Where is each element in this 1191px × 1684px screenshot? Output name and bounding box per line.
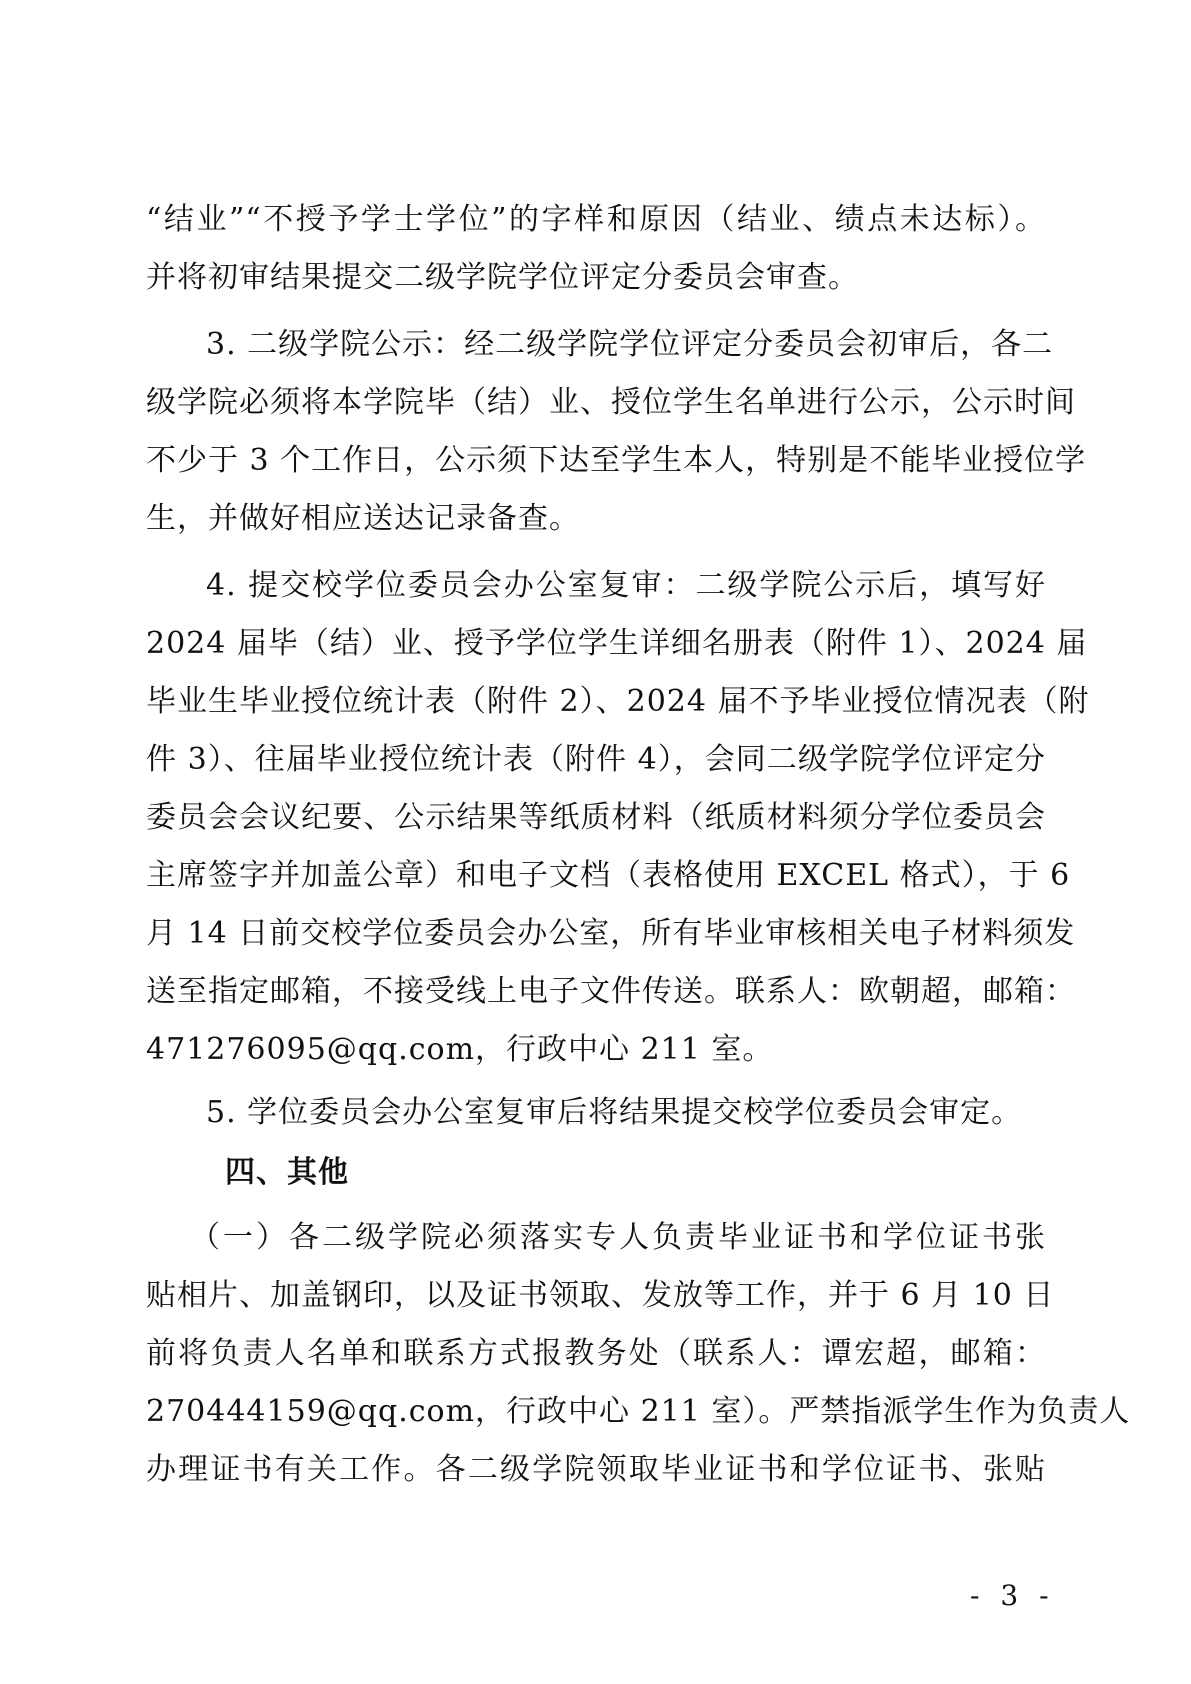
sub-item-1-line: 前将负责人名单和联系方式报教务处（联系人：谭宏超，邮箱： <box>146 1334 1046 1374</box>
paragraph-line: “结业”“不授予学士学位”的字样和原因（结业、绩点未达标）。 <box>146 200 1046 240</box>
item-3-line: 3. 二级学院公示：经二级学院学位评定分委员会初审后，各二 <box>206 325 1046 365</box>
sub-item-1-line: 贴相片、加盖钢印，以及证书领取、发放等工作，并于 6 月 10 日 <box>146 1276 1046 1316</box>
page-number: - 3 - <box>970 1578 1055 1614</box>
item-3-line: 生，并做好相应送达记录备查。 <box>146 499 1046 539</box>
item-3-line: 不少于 3 个工作日，公示须下达至学生本人，特别是不能毕业授位学 <box>146 441 1046 481</box>
item-5-line: 5. 学位委员会办公室复审后将结果提交校学位委员会审定。 <box>206 1093 1046 1133</box>
item-4-line: 件 3）、往届毕业授位统计表（附件 4），会同二级学院学位评定分 <box>146 740 1046 780</box>
item-4-line: 月 14 日前交校学位委员会办公室，所有毕业审核相关电子材料须发 <box>146 914 1046 954</box>
paragraph-line: 并将初审结果提交二级学院学位评定分委员会审查。 <box>146 258 1046 298</box>
document-page: “结业”“不授予学士学位”的字样和原因（结业、绩点未达标）。 并将初审结果提交二… <box>0 0 1191 1684</box>
item-4-line: 2024 届毕（结）业、授予学位学生详细名册表（附件 1）、2024 届 <box>146 624 1046 664</box>
email-contact-line: 471276095@qq.com，行政中心 211 室。 <box>146 1030 1046 1070</box>
item-4-line: 主席签字并加盖公章）和电子文档（表格使用 EXCEL 格式），于 6 <box>146 856 1046 896</box>
section-heading: 四、其他 <box>225 1153 349 1193</box>
item-3-line: 级学院必须将本学院毕（结）业、授位学生名单进行公示，公示时间 <box>146 383 1046 423</box>
item-4-line: 送至指定邮箱，不接受线上电子文件传送。联系人：欧朝超，邮箱： <box>146 972 1046 1012</box>
item-4-line: 4. 提交校学位委员会办公室复审：二级学院公示后，填写好 <box>206 566 1046 606</box>
item-4-line: 委员会会议纪要、公示结果等纸质材料（纸质材料须分学位委员会 <box>146 798 1046 838</box>
email-contact-line: 270444159@qq.com，行政中心 211 室）。严禁指派学生作为负责人 <box>146 1392 1046 1432</box>
sub-item-1-line: （一）各二级学院必须落实专人负责毕业证书和学位证书张 <box>190 1218 1046 1258</box>
item-4-line: 毕业生毕业授位统计表（附件 2）、2024 届不予毕业授位情况表（附 <box>146 682 1046 722</box>
sub-item-1-line: 办理证书有关工作。各二级学院领取毕业证书和学位证书、张贴 <box>146 1450 1046 1490</box>
